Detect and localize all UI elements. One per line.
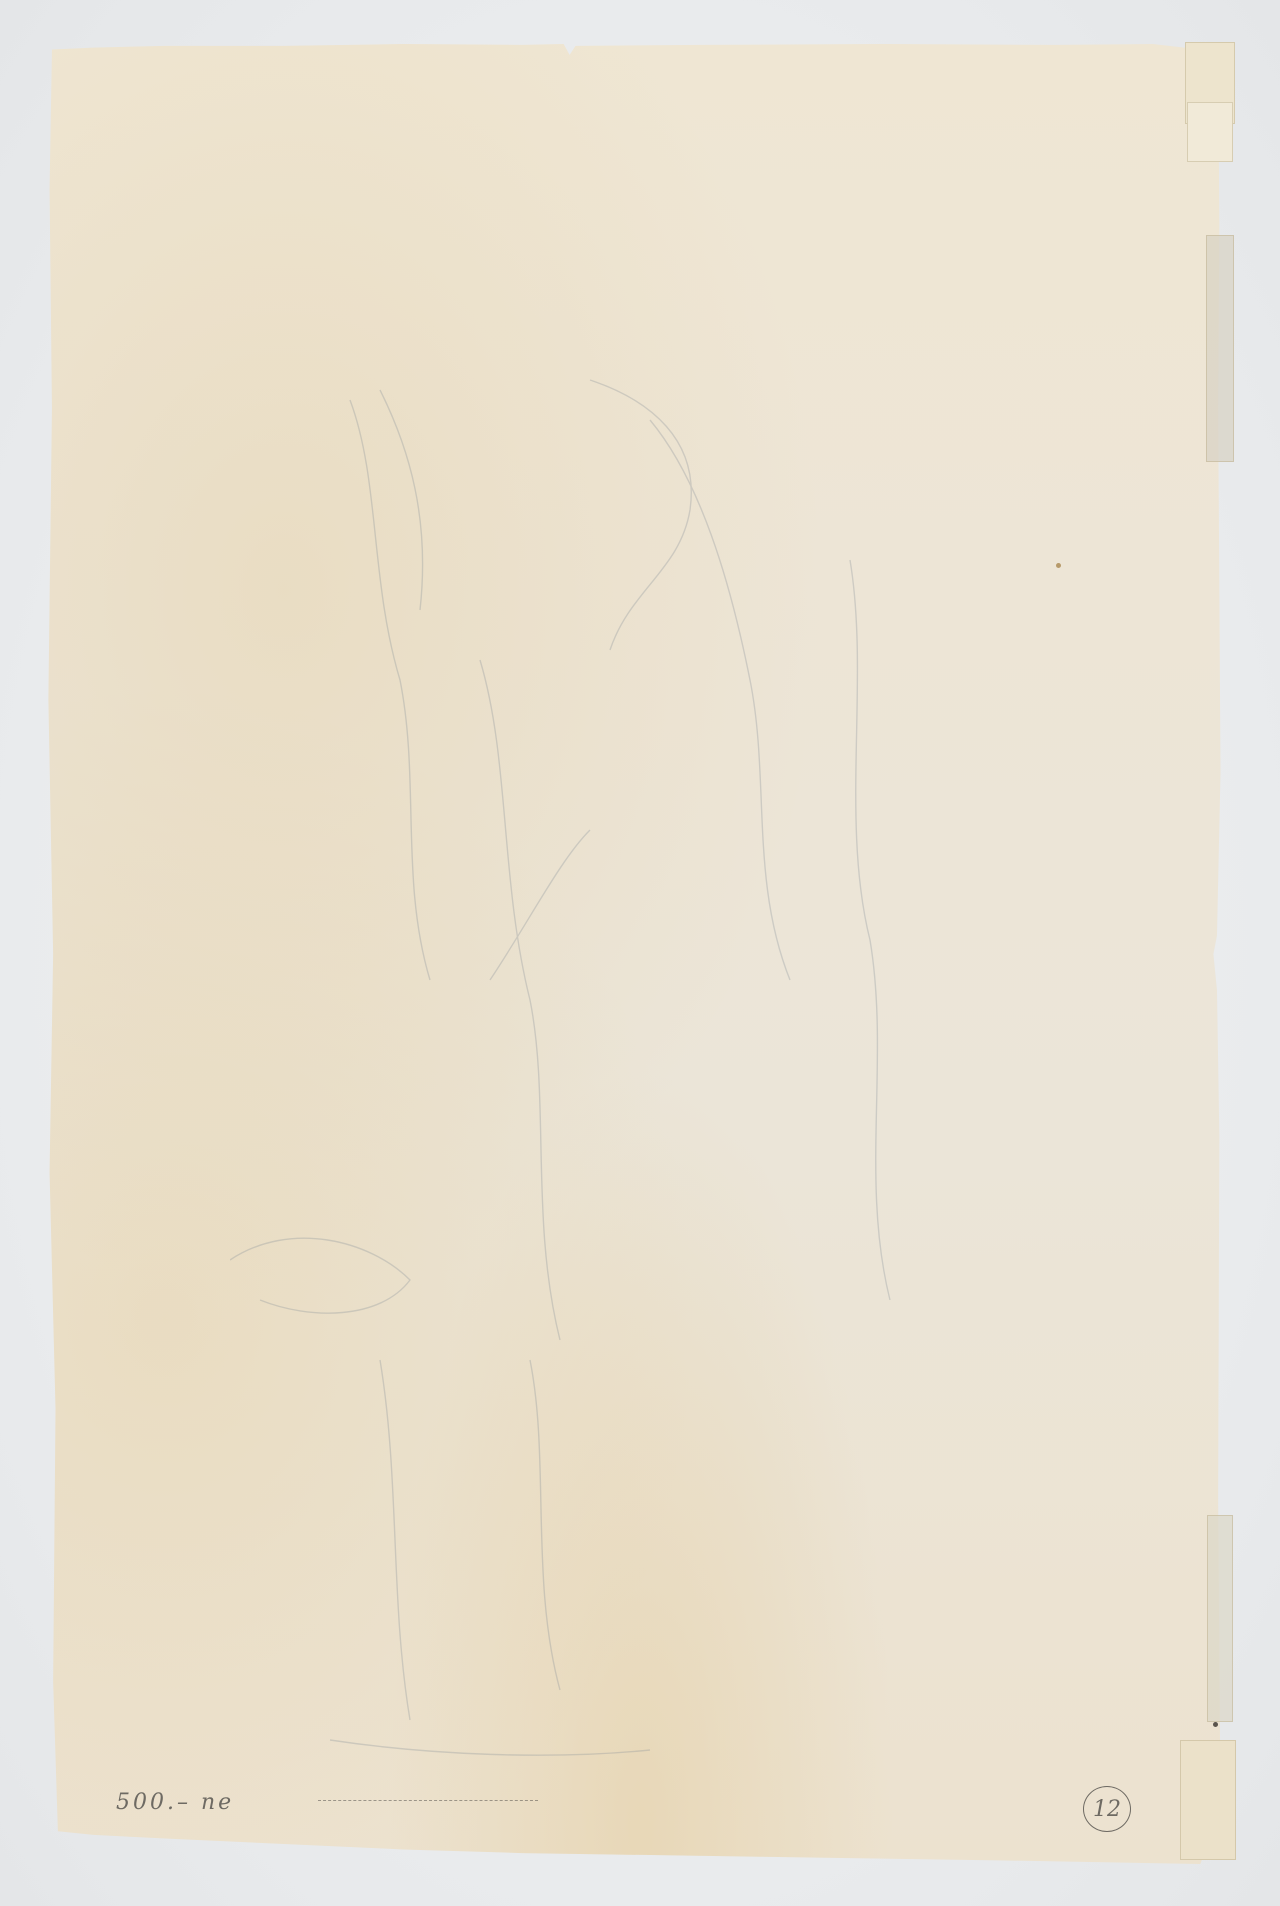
- tape-strip-right-lower: [1207, 1515, 1233, 1722]
- hinge-tape-top-inner: [1187, 102, 1233, 162]
- tape-strip-right-upper: [1206, 235, 1234, 462]
- faint-sketch-figure: [230, 360, 1030, 1780]
- pencil-marks: [318, 1786, 538, 1801]
- price-annotation: 500.– ne: [116, 1790, 234, 1815]
- hinge-tape-bottom: [1180, 1740, 1236, 1860]
- ink-dot: [1213, 1722, 1218, 1727]
- inventory-number-circled: 12: [1083, 1786, 1131, 1832]
- foxing-spot: [1056, 563, 1061, 568]
